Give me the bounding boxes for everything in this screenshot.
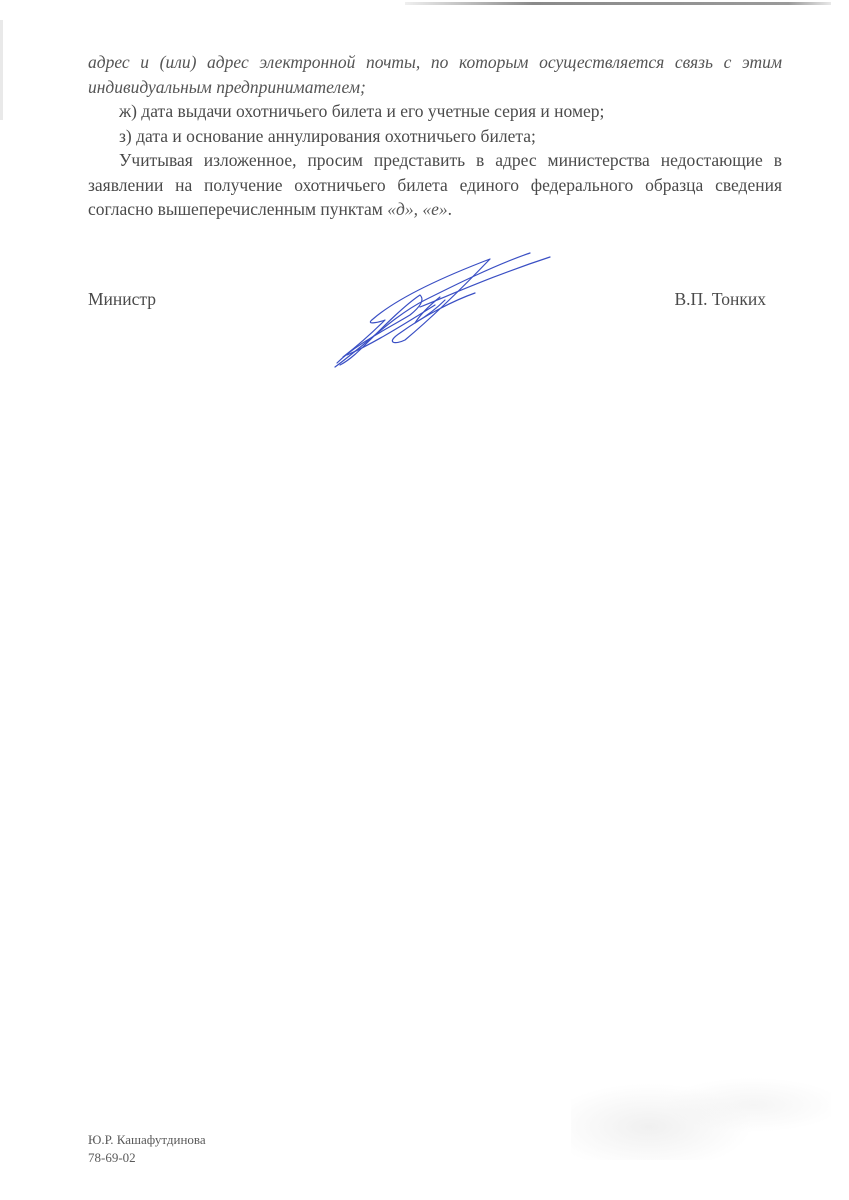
footer-executor: Ю.Р. Кашафутдинова 78-69-02 — [88, 1131, 206, 1167]
request-items-reference: «д», «е» — [387, 199, 447, 219]
scan-edge-shadow — [0, 20, 3, 120]
scan-edge-line — [405, 2, 831, 5]
signatory-position: Министр — [88, 289, 156, 310]
executor-phone: 78-69-02 — [88, 1149, 206, 1167]
paragraph-item-zh: ж) дата выдачи охотничьего билета и его … — [88, 99, 782, 124]
paragraph-request: Учитывая изложенное, просим представить … — [88, 148, 782, 222]
signatory-name: В.П. Тонких — [674, 289, 766, 310]
handwritten-signature-icon — [325, 245, 560, 375]
letter-body: адрес и (или) адрес электронной почты, п… — [88, 50, 782, 222]
executor-name: Ю.Р. Кашафутдинова — [88, 1131, 206, 1149]
paragraph-contact-address: адрес и (или) адрес электронной почты, п… — [88, 50, 782, 99]
paragraph-item-z: з) дата и основание аннулирования охотни… — [88, 124, 782, 149]
scan-artifact — [571, 1050, 831, 1160]
request-period: . — [448, 199, 452, 219]
